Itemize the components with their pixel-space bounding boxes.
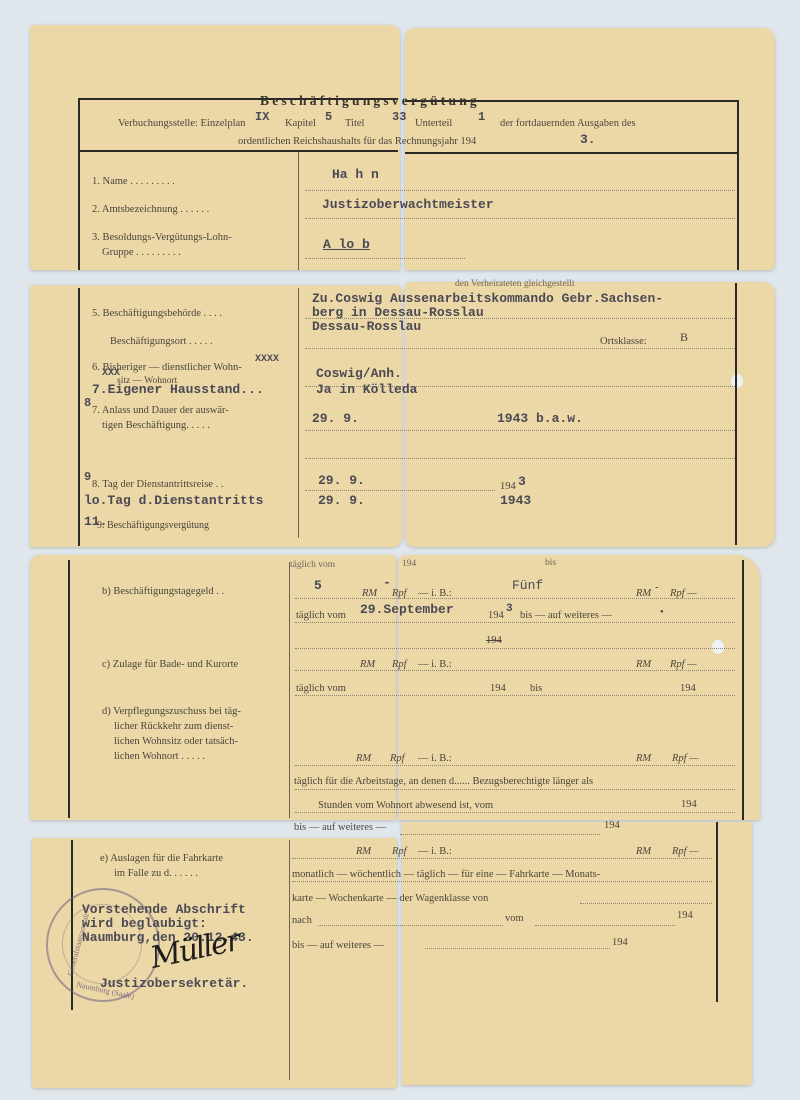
verpflegung-line-3: bis — auf weiteres —	[294, 822, 386, 833]
frame-right	[737, 100, 739, 270]
fahrkarte-rpf: Rpf	[392, 846, 407, 857]
dotted-line	[295, 622, 735, 623]
punch-hole	[712, 640, 724, 654]
wohnort-strike-1: XXXX	[255, 354, 279, 365]
name-value: Ha h n	[332, 167, 379, 182]
dotted-line	[425, 948, 610, 949]
beschaeftigungsort-value: Dessau-Rosslau	[312, 319, 421, 334]
fahrkarte-nach: nach	[292, 915, 312, 926]
fahrkarte-label-1: e) Auslagen für die Fahrkarte	[100, 853, 223, 864]
reise-number: 9	[84, 470, 91, 484]
fahrkarte-line-2: karte — Wochenkarte — der Wagenklasse vo…	[292, 893, 488, 904]
fahrkarte-rm-2: RM	[636, 846, 651, 857]
document-piece-bottom-right	[402, 822, 752, 1085]
hausstand-value: Ja in Kölleda	[316, 382, 417, 397]
ortsklasse-value: B	[680, 330, 688, 345]
dotted-line	[305, 190, 735, 191]
dotted-line	[305, 430, 735, 431]
column-divider	[289, 840, 290, 1080]
dotted-line	[295, 648, 735, 649]
verpflegung-line-1: täglich für die Arbeitstage, an denen d.…	[294, 776, 593, 787]
frame-left-mid	[78, 288, 80, 546]
dotted-line	[305, 258, 465, 259]
zulage-bis: bis	[530, 683, 542, 694]
fahrkarte-line-4: bis — auf weiteres —	[292, 940, 384, 951]
tagegeld-year-digit: 3	[506, 603, 513, 615]
zulage-year-2: 194	[680, 683, 696, 694]
tagegeld-dash: -	[383, 575, 391, 590]
amtsbezeichnung-label: 2. Amtsbezeichnung . . . . . .	[92, 204, 209, 215]
kapitel-value: 5	[325, 110, 332, 124]
fahrkarte-line-4-year: 194	[612, 937, 628, 948]
verpflegung-label-4: lichen Wohnort . . . . .	[114, 751, 205, 762]
column-divider	[289, 562, 290, 818]
column-divider	[298, 288, 299, 538]
gruppe-label-2: Gruppe . . . . . . . . .	[102, 247, 181, 258]
dotted-line	[400, 834, 600, 835]
reise-year-digit: 3	[518, 474, 526, 489]
header-divider-left	[80, 150, 398, 152]
hausstand-label: 7.Eigener Hausstand...	[92, 382, 264, 397]
dotted-line	[295, 765, 735, 766]
verpflegung-rpf: Rpf	[390, 753, 405, 764]
dotted-line	[305, 490, 495, 491]
antritt-year: 1943	[500, 493, 531, 508]
frame-right-mid	[735, 283, 737, 545]
zulage-rpf-2: Rpf —	[670, 659, 697, 670]
anlass-year: 1943 b.a.w.	[497, 411, 583, 426]
dotted-line	[305, 348, 735, 349]
verpflegung-line-3-year: 194	[604, 820, 620, 831]
tagegeld-label: b) Beschäftigungstagegeld . .	[102, 586, 224, 597]
reise-year-prefix: 194	[500, 481, 516, 492]
zulage-rm: RM	[360, 659, 375, 670]
wohnort-strike-2: XXX	[102, 368, 120, 379]
dotted-line	[318, 925, 503, 926]
tagegeld-dot: •	[660, 607, 664, 618]
form-title: Beschäftigungsvergütung	[260, 93, 480, 109]
zulage-taeglich: täglich vom	[296, 683, 346, 694]
dotted-line	[535, 925, 675, 926]
wohnort-value: Coswig/Anh.	[316, 366, 402, 381]
verpflegung-line-2: Stunden vom Wohnort abwesend ist, vom	[318, 800, 493, 811]
dotted-line	[295, 695, 735, 696]
fahrkarte-ib: — i. B.:	[418, 846, 452, 857]
zulage-rpf: Rpf	[392, 659, 407, 670]
fahrkarte-label-2: im Falle zu d. . . . . .	[114, 868, 198, 879]
zulage-label: c) Zulage für Bade- und Kurorte	[102, 659, 238, 670]
zulage-year-1: 194	[490, 683, 506, 694]
anlass-label-2: tigen Beschäftigung. . . . .	[102, 420, 210, 431]
dotted-line	[292, 858, 712, 859]
ortsklasse-label: Ortsklasse:	[600, 336, 647, 347]
amtsbezeichnung-value: Justizoberwachtmeister	[322, 197, 494, 212]
verpflegung-rm-2: RM	[636, 753, 651, 764]
name-label: 1. Name . . . . . . . . .	[92, 176, 175, 187]
certification-title: Justizobersekretär.	[100, 976, 248, 991]
verheiratet-text: den Verheirateten gleichgestellt	[455, 279, 575, 289]
tagegeld-bis: bis — auf weiteres —	[520, 610, 612, 621]
certification-line-2: wird beglaubigt:	[82, 916, 207, 931]
verbuchungsstelle-label: Verbuchungsstelle: Einzelplan	[118, 118, 245, 129]
verguetung-label: 9. Beschäftigungsvergütung	[97, 520, 209, 531]
verpflegung-label-3: lichen Wohnsitz oder tatsäch-	[114, 736, 238, 747]
verpflegung-line-2-year: 194	[681, 799, 697, 810]
dotted-line	[295, 598, 735, 599]
reise-label: 8. Tag der Dienstantrittsreise . .	[92, 479, 223, 490]
tagegeld-amount-words: Fünf	[512, 578, 543, 593]
tagegeld-line3-year: 194	[486, 635, 502, 646]
fahrkarte-vom: vom	[505, 913, 524, 924]
certification-line-1: Vorstehende Abschrift	[82, 902, 246, 917]
dotted-line	[295, 789, 735, 790]
dotted-line	[295, 670, 735, 671]
behoerde-value-1: Zu.Coswig Aussenarbeitskommando Gebr.Sac…	[312, 291, 663, 306]
gruppe-label-1: 3. Besoldungs-Vergütungs-Lohn-	[92, 232, 232, 243]
rechnungsjahr-label: ordentlichen Reichshaushalts für das Rec…	[238, 136, 476, 147]
beschaeftigungsort-label: Beschäftigungsort . . . . .	[110, 336, 213, 347]
reise-date: 29. 9.	[318, 473, 365, 488]
column-divider	[298, 152, 299, 270]
gruppe-value: A lo b	[323, 237, 370, 252]
rechnungsjahr-value: 3.	[580, 132, 596, 147]
einzelplan-value: IX	[255, 110, 269, 124]
verpflegung-label-1: d) Verpflegungszuschuss bei täg-	[102, 706, 241, 717]
fahrkarte-rpf-2: Rpf —	[672, 846, 699, 857]
kapitel-label: Kapitel	[285, 118, 316, 129]
antritt-date: 29. 9.	[318, 493, 365, 508]
unterteil-label: Unterteil	[415, 118, 452, 129]
tagegeld-year-prefix: 194	[488, 610, 504, 621]
tagegeld-dash-2: -	[655, 582, 659, 593]
tagegeld-amount: 5	[314, 578, 322, 593]
document-piece-middle-right	[405, 282, 775, 547]
verpflegung-rm: RM	[356, 753, 371, 764]
frame-right-lower	[742, 560, 744, 820]
verpflegung-label-2: licher Rückkehr zum dienst-	[114, 721, 233, 732]
zulage-rm-2: RM	[636, 659, 651, 670]
antritt-label: lo.Tag d.Dienstantritts	[84, 493, 263, 508]
tagegeld-from-date: 29.September	[360, 602, 454, 617]
document-piece-top-right	[405, 28, 775, 270]
zulage-ib: — i. B.:	[418, 659, 452, 670]
tagegeld-taeglich: täglich vom	[296, 610, 346, 621]
anlass-label-1: 7. Anlass und Dauer der auswär-	[92, 405, 229, 416]
unterteil-value: 1	[478, 110, 485, 124]
verpflegung-ib: — i. B.:	[418, 753, 452, 764]
dotted-line	[292, 881, 712, 882]
frame-left	[78, 98, 80, 270]
torn-taeglich: täglich vom	[290, 560, 335, 570]
frame-left-lower	[68, 560, 70, 818]
dotted-line	[295, 812, 735, 813]
fahrkarte-rm: RM	[356, 846, 371, 857]
dotted-line	[580, 903, 712, 904]
dotted-line	[305, 218, 735, 219]
fahrkarte-line-3-year: 194	[677, 910, 693, 921]
titel-value: 33	[392, 110, 406, 124]
behoerde-label: 5. Beschäftigungsbehörde . . . .	[92, 308, 222, 319]
torn-bis: bis	[545, 558, 556, 568]
verpflegung-rpf-2: Rpf —	[672, 753, 699, 764]
dotted-line	[305, 458, 735, 459]
anlass-number: 8	[84, 396, 91, 410]
fahrkarte-line-1: monatlich — wöchentlich — täglich — für …	[292, 869, 600, 880]
titel-label: Titel	[345, 118, 364, 129]
torn-year: 194	[402, 559, 416, 569]
anlass-date: 29. 9.	[312, 411, 359, 426]
frame-right-bottom	[716, 822, 718, 1002]
header-divider-right	[405, 152, 737, 154]
ausgaben-text: der fortdauernden Ausgaben des	[500, 118, 636, 129]
